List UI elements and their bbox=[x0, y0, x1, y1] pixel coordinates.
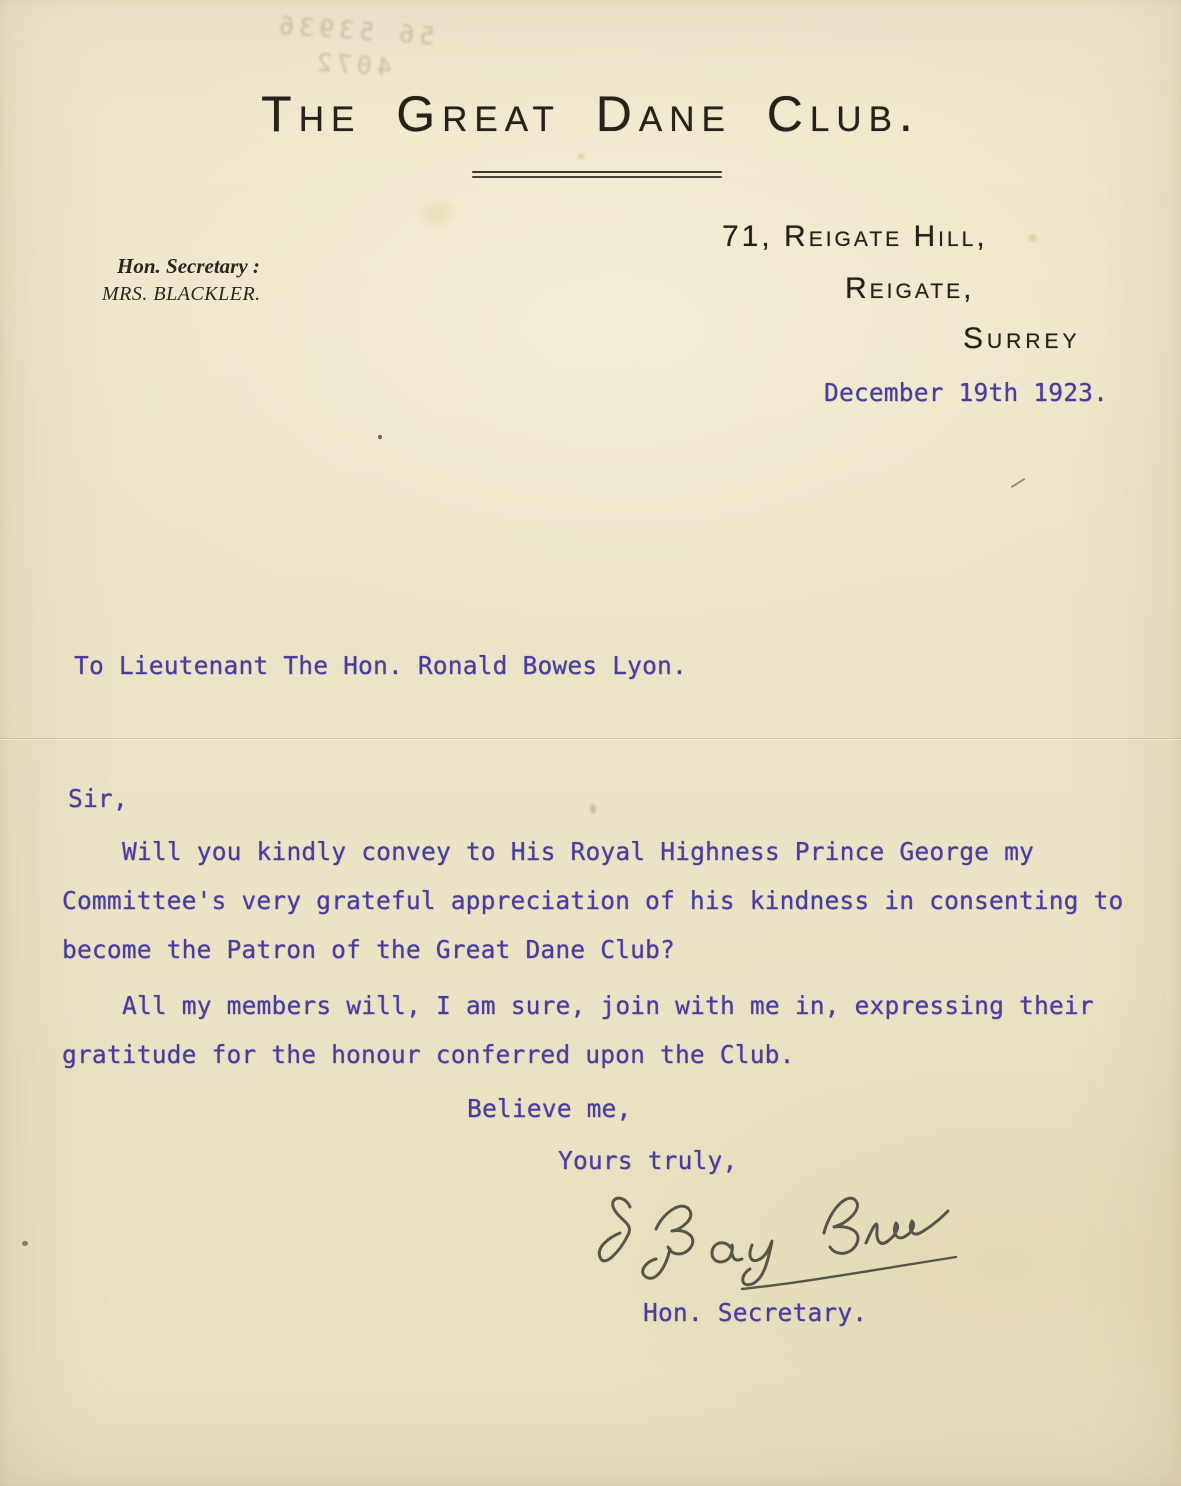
pencil-tick bbox=[1011, 478, 1026, 488]
secretary-label: Hon. Secretary : bbox=[117, 254, 260, 278]
faint-smudge bbox=[590, 804, 596, 814]
salutation-line: Sir, bbox=[68, 785, 128, 813]
rule-top bbox=[472, 171, 722, 173]
signature-blackler bbox=[824, 1198, 858, 1253]
date-line: December 19th 1923. bbox=[824, 379, 1108, 407]
recipient-line: To Lieutenant The Hon. Ronald Bowes Lyon… bbox=[74, 652, 687, 680]
body-line-4: All my members will, I am sure, join wit… bbox=[122, 992, 1094, 1020]
rule-bottom bbox=[472, 176, 722, 178]
body-line-5: gratitude for the honour conferred upon … bbox=[62, 1041, 795, 1069]
closing-line-2: Yours truly, bbox=[558, 1147, 737, 1175]
ink-speck-1 bbox=[378, 435, 382, 439]
address-line-3: Surrey bbox=[963, 322, 1081, 357]
signature-may bbox=[656, 1206, 693, 1254]
body-line-1: Will you kindly convey to His Royal High… bbox=[122, 838, 1034, 866]
letterhead-title: The Great Dane Club. bbox=[0, 86, 1181, 144]
stain-2 bbox=[576, 152, 586, 161]
crease-highlight bbox=[0, 739, 1181, 740]
secretary-name: MRS. BLACKLER. bbox=[102, 283, 261, 306]
address-line-2: Reigate, bbox=[845, 272, 974, 307]
signature-title: Hon. Secretary. bbox=[643, 1299, 867, 1327]
fold-crease bbox=[0, 738, 1181, 742]
body-line-3: become the Patron of the Great Dane Club… bbox=[62, 936, 675, 964]
title-double-rule bbox=[472, 171, 722, 178]
address-line-1: 71, Reigate Hill, bbox=[722, 220, 988, 255]
ink-speck-2 bbox=[22, 1241, 28, 1246]
stain-3 bbox=[414, 196, 460, 230]
body-line-2: Committee's very grateful appreciation o… bbox=[62, 887, 1123, 915]
signature-underline bbox=[742, 1257, 956, 1289]
stain-1 bbox=[1026, 232, 1040, 244]
closing-line-1: Believe me, bbox=[467, 1095, 631, 1123]
signature-handwriting bbox=[590, 1185, 962, 1297]
letter-scan: 56 53936 4072 The Great Dane Club. Hon. … bbox=[0, 0, 1181, 1486]
signature-initial bbox=[599, 1198, 630, 1261]
pencil-showthrough: 56 53936 4072 bbox=[236, 6, 470, 89]
